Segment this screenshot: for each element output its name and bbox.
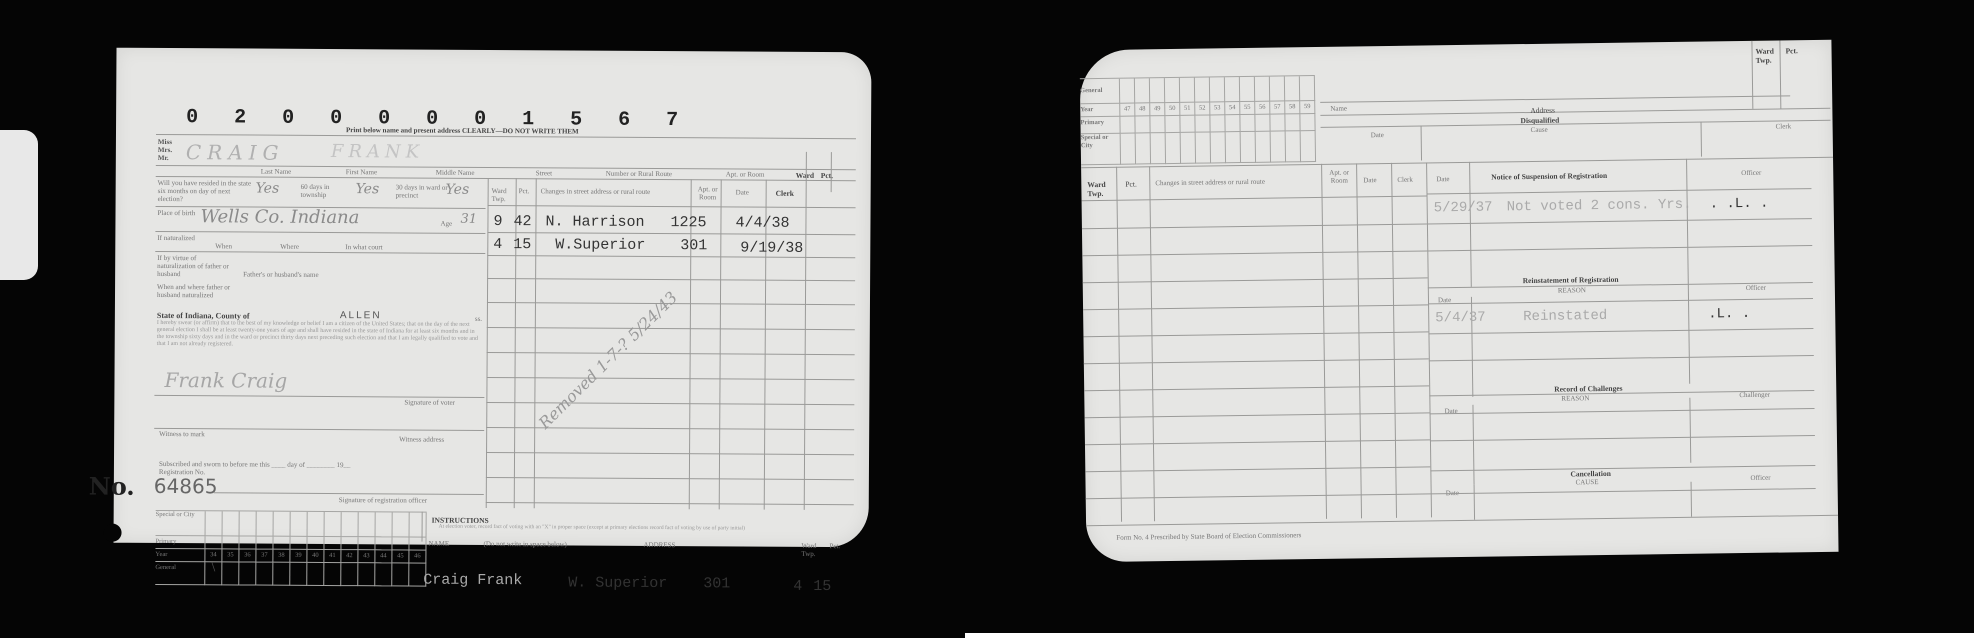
- scan-bottom-strip: [965, 633, 1974, 638]
- challenges-header-reason: REASON: [1561, 394, 1589, 402]
- voter-signature: Frank Craig: [164, 368, 287, 393]
- change-row-1-pct: 42: [513, 213, 531, 230]
- suspension-notice: Not voted 2 cons. Yrs.: [1507, 197, 1692, 216]
- year-cell: 37: [256, 550, 273, 563]
- back-clerk-label: Clerk: [1776, 122, 1792, 130]
- year-cell: 54: [1225, 102, 1240, 115]
- suspension-header-date: Date: [1436, 175, 1449, 183]
- back-changes-header-date: Date: [1363, 176, 1376, 184]
- father-name-label: Father's or husband's name: [243, 270, 318, 278]
- back-changes-header-apt: Apt. or Room: [1325, 168, 1353, 184]
- form-footer: Form No. 4 Prescribed by State Board of …: [1116, 531, 1301, 542]
- change-row-1-apt: 1225: [670, 214, 706, 231]
- year-cell: 39: [290, 550, 307, 563]
- footer-address: W. Superior: [568, 574, 667, 592]
- back-vote-history-grid: General Year 47 48 49 50 51 52 53 54 55 …: [1080, 75, 1316, 165]
- back-name-label: Name: [1330, 105, 1347, 113]
- vote-history-grid: Special or City Primary Year 34 35 36 37…: [155, 510, 426, 587]
- residence-answer: Yes: [256, 181, 280, 197]
- back-grid-label-special: Special or City: [1081, 134, 1121, 166]
- number-label: Number or Rural Route: [606, 170, 672, 178]
- change-row-2-address: W.Superior: [555, 236, 645, 254]
- apt-label: Apt. or Room: [726, 170, 765, 178]
- birth-value: Wells Co. Indiana: [200, 206, 359, 228]
- challenges-header-challenger: Challenger: [1739, 391, 1770, 399]
- year-cell: 45: [392, 550, 409, 563]
- residence-question: Will you have resided in the state six m…: [158, 179, 253, 204]
- grid-row-label-general: General: [155, 562, 205, 585]
- year-cell: 44: [375, 550, 392, 563]
- footer-number: 301: [703, 575, 730, 592]
- year-cell: 38: [273, 550, 290, 563]
- reinstatement-reason: Reinstated: [1523, 308, 1607, 325]
- first-name-label: First Name: [346, 168, 377, 176]
- footer-ward: 4: [793, 578, 802, 595]
- back-changes-header-address: Changes in street address or rural route: [1155, 178, 1265, 188]
- witness-name-label: Witness to mark: [159, 430, 205, 438]
- year-cell: 59: [1300, 101, 1315, 114]
- year-cell: 35: [222, 549, 239, 562]
- reinstatement-officer: .L. .: [1708, 306, 1750, 323]
- instructions-name-note: (Do not write in space below): [483, 540, 566, 549]
- registrar-signature-label: Signature of registration officer: [339, 496, 427, 505]
- age-label: Age: [440, 220, 452, 228]
- year-cell: 52: [1195, 102, 1210, 115]
- county-value: ALLEN: [340, 310, 382, 321]
- change-row-2-apt: 301: [680, 237, 707, 254]
- change-row-1-date: 4/4/38: [735, 214, 789, 231]
- suspension-officer: . .L. .: [1710, 196, 1769, 213]
- grid-row-label-primary: Primary: [155, 536, 205, 549]
- year-cell: 43: [358, 550, 375, 563]
- year-cell: 42: [341, 550, 358, 563]
- township-answer: Yes: [356, 181, 380, 197]
- general-vote-mark: \: [205, 562, 222, 585]
- change-row-2-date: 9/19/38: [740, 240, 803, 257]
- year-cell: 50: [1165, 103, 1180, 116]
- township-label: 60 days in township: [301, 183, 356, 199]
- registration-card-back: General Year 47 48 49 50 51 52 53 54 55 …: [1079, 40, 1838, 562]
- suspension-header-notice: Notice of Suspension of Registration: [1491, 171, 1607, 182]
- oath-text: I hereby swear (or affirm) that to the b…: [157, 320, 479, 350]
- back-address-label: Address: [1530, 106, 1555, 115]
- footer-pct-label: Pct.: [829, 542, 840, 550]
- year-cell: 56: [1255, 102, 1270, 115]
- changes-header-apt: Apt. or Room: [696, 185, 720, 201]
- suspension-header-officer: Officer: [1741, 169, 1761, 177]
- footer-ward-label: Ward Twp.: [801, 542, 821, 558]
- challenges-title: Record of Challenges: [1554, 384, 1622, 394]
- year-cell: 57: [1270, 101, 1285, 114]
- year-cell: 58: [1285, 101, 1300, 114]
- back-grid-label-primary: Primary: [1080, 117, 1120, 135]
- year-cell: 53: [1210, 102, 1225, 115]
- cancellation-header-cause: CAUSE: [1575, 478, 1598, 486]
- precinct-answer: Yes: [446, 182, 470, 198]
- naturalized-court-label: In what court: [345, 243, 382, 251]
- back-pct-label: Pct.: [1785, 46, 1797, 55]
- title-prefixes: Miss Mrs. Mr.: [158, 138, 172, 162]
- suspension-date: 5/29/37: [1434, 200, 1493, 217]
- witness-address-label: Witness address: [399, 435, 444, 443]
- registration-card-front: 0 2 0 0 0 0 0 1 5 6 7 Print below name a…: [113, 48, 871, 548]
- year-cell: 55: [1240, 102, 1255, 115]
- year-cell: 51: [1180, 103, 1195, 116]
- change-row-2-ward: 4: [493, 236, 502, 253]
- back-changes-header-pct: Pct.: [1125, 179, 1137, 188]
- street-label: Street: [536, 169, 552, 177]
- grid-row-label-year: Year: [155, 549, 205, 562]
- instructions-text: At election voter, record fact of voting…: [439, 524, 839, 533]
- naturalized-label: If naturalized: [157, 234, 197, 242]
- reinstatement-date: 5/4/37: [1435, 310, 1486, 327]
- cancellation-title: Cancellation: [1570, 469, 1611, 479]
- year-cell: 36: [239, 549, 256, 562]
- reinstatement-title: Reinstatement of Registration: [1523, 275, 1619, 285]
- changes-header-pct: Pct.: [519, 187, 530, 195]
- age-value: 31: [460, 212, 477, 227]
- signature-label: Signature of voter: [404, 398, 455, 406]
- changes-header-clerk: Clerk: [776, 189, 794, 198]
- father-naturalization-label: If by virtue of naturalization of father…: [157, 254, 229, 278]
- year-cell: 41: [324, 550, 341, 563]
- instructions-address-label: ADDRESS: [643, 541, 675, 549]
- change-row-1-address: N. Harrison: [545, 213, 644, 231]
- instructions-name-label: NAME: [428, 540, 449, 548]
- back-changes-header-ward: Ward Twp.: [1087, 180, 1113, 198]
- punch-hole: [104, 524, 122, 542]
- change-row-1-ward: 9: [493, 213, 502, 230]
- grid-row-label-special: Special or City: [156, 511, 206, 536]
- changes-header-date: Date: [736, 188, 749, 196]
- year-cell: 49: [1150, 103, 1165, 116]
- year-cell: 47: [1120, 104, 1135, 117]
- last-name-label: Last Name: [261, 168, 292, 176]
- back-cause-label: Cause: [1531, 126, 1548, 134]
- naturalized-where-label: Where: [280, 243, 299, 251]
- year-cell: 48: [1135, 103, 1150, 116]
- handwritten-removal-note: Removed 1-7-? 5/24/43: [535, 288, 681, 433]
- reinstatement-header-reason: REASON: [1558, 286, 1586, 294]
- registration-number: 64865: [154, 474, 218, 498]
- changes-header-address: Changes in street address or rural route: [541, 187, 651, 196]
- back-ward-label: Ward Twp.: [1755, 47, 1777, 65]
- changes-header-ward: Ward Twp.: [492, 187, 514, 203]
- father-when-label: When and where father or husband natural…: [157, 283, 252, 300]
- number-prefix: No.: [89, 472, 135, 501]
- back-changes-header-clerk: Clerk: [1397, 176, 1413, 184]
- change-row-2-pct: 15: [513, 236, 531, 253]
- first-name-value: FRANK: [331, 141, 424, 163]
- middle-name-label: Middle Name: [436, 169, 475, 177]
- back-grid-label-general: General: [1080, 79, 1120, 105]
- back-date-label: Date: [1371, 131, 1384, 139]
- naturalized-when-label: When: [215, 242, 232, 250]
- cancellation-header-officer: Officer: [1750, 474, 1770, 482]
- header-instruction: Print below name and present address CLE…: [346, 126, 579, 135]
- back-grid-label-year: Year: [1080, 104, 1120, 118]
- footer-pct: 15: [813, 578, 831, 595]
- year-cell: 40: [307, 550, 324, 563]
- birth-label: Place of birth: [157, 209, 197, 217]
- year-cell: 46: [409, 550, 426, 563]
- last-name-value: CRAIG: [186, 140, 285, 165]
- reinstatement-header-officer: Officer: [1746, 284, 1766, 292]
- footer-name: Craig Frank: [423, 572, 522, 590]
- scan-edge-artifact: [0, 130, 38, 280]
